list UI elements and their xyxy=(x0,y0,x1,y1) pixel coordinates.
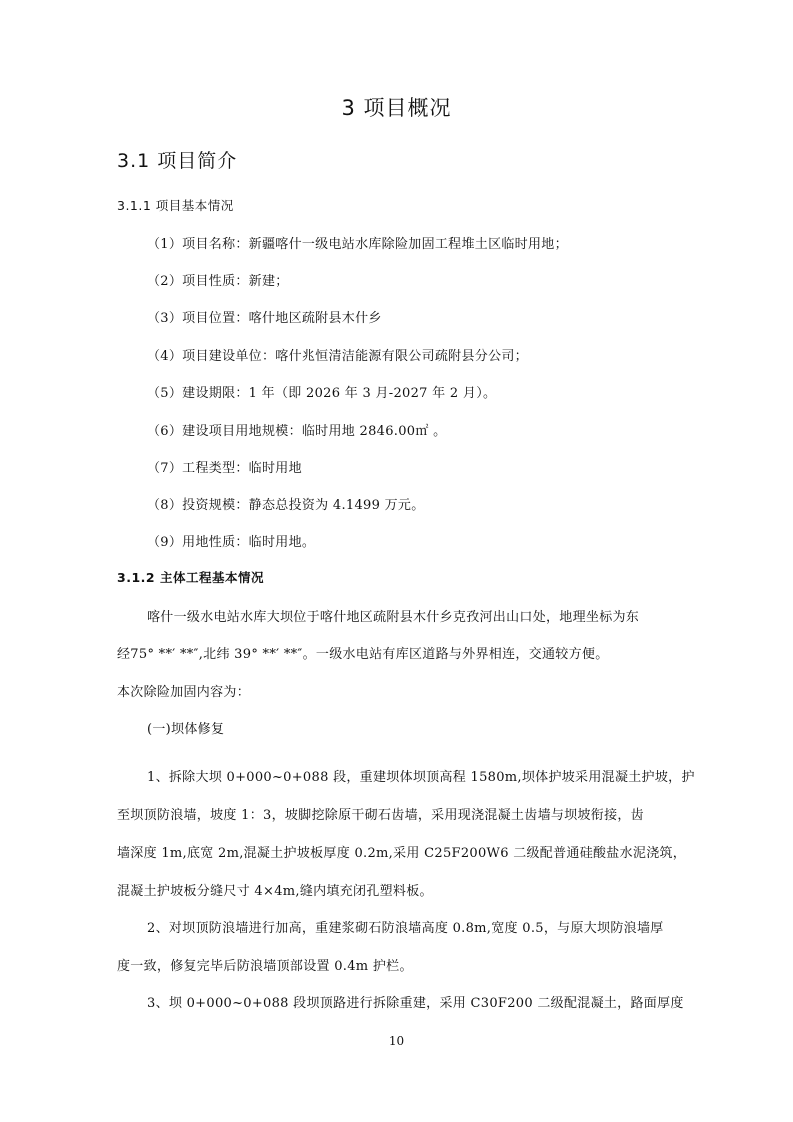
paragraph-line: 2、对坝顶防浪墙进行加高，重建浆砌石防浪墙高度 0.8m,宽度 0.5，与原大坝… xyxy=(147,917,664,936)
paragraph-line: 本次除险加固内容为： xyxy=(117,681,250,700)
list-item-land-nature: （9）用地性质：临时用地。 xyxy=(147,531,315,550)
paragraph-line: 墙深度 1m,底宽 2m,混凝土护坡板厚度 0.2m,采用 C25F200W6 … xyxy=(117,842,686,861)
page-number: 10 xyxy=(0,1034,793,1048)
paragraph-line: 3、坝 0+000~0+088 段坝顶路进行拆除重建，采用 C30F200 二级… xyxy=(147,992,684,1011)
subsection-title-basic-info: 3.1.1 项目基本情况 xyxy=(117,196,234,214)
document-page: 3 项目概况 3.1 项目简介 3.1.1 项目基本情况 （1）项目名称：新疆喀… xyxy=(0,0,793,1122)
paragraph-line: 度一致，修复完毕后防浪墙顶部设置 0.4m 护栏。 xyxy=(117,955,413,974)
chapter-title: 3 项目概况 xyxy=(0,92,793,122)
list-item-construction-unit: （4）项目建设单位：喀什兆恒清洁能源有限公司疏附县分公司； xyxy=(147,345,528,364)
list-item-project-type: （7）工程类型：临时用地 xyxy=(147,457,302,476)
paragraph-line: 1、拆除大坝 0+000~0+088 段，重建坝体坝顶高程 1580m,坝体护坡… xyxy=(147,766,695,785)
subsection-title-main-works: 3.1.2 主体工程基本情况 xyxy=(117,568,264,586)
paragraph-line: 喀什一级水电站水库大坝位于喀什地区疏附县木什乡克孜河出山口处，地理坐标为东 xyxy=(147,606,639,625)
paragraph-line: 混凝土护坡板分缝尺寸 4×4m,缝内填充闭孔塑料板。 xyxy=(117,880,433,899)
list-item-project-name: （1）项目名称：新疆喀什一级电站水库除险加固工程堆土区临时用地； xyxy=(147,233,568,252)
section-title: 3.1 项目简介 xyxy=(117,146,237,173)
subheading-dam-repair: (一)坝体修复 xyxy=(147,718,224,737)
paragraph-line: 至坝顶防浪墙，坡度 1：3，坡脚挖除原干砌石齿墙，采用现浇混凝土齿墙与坝坡衔接，… xyxy=(117,804,644,823)
list-item-project-nature: （2）项目性质：新建； xyxy=(147,270,289,289)
paragraph-line: 经75° **′ **″,北纬 39° **′ **″。一级水电站有库区道路与外… xyxy=(117,643,609,662)
list-item-project-location: （3）项目位置：喀什地区疏附县木什乡 xyxy=(147,307,382,326)
list-item-construction-period: （5）建设期限：1 年（即 2026 年 3 月-2027 年 2 月）。 xyxy=(147,382,496,401)
list-item-land-scale: （6）建设项目用地规模：临时用地 2846.00㎡ 。 xyxy=(147,420,446,439)
list-item-investment: （8）投资规模：静态总投资为 4.1499 万元。 xyxy=(147,494,425,513)
